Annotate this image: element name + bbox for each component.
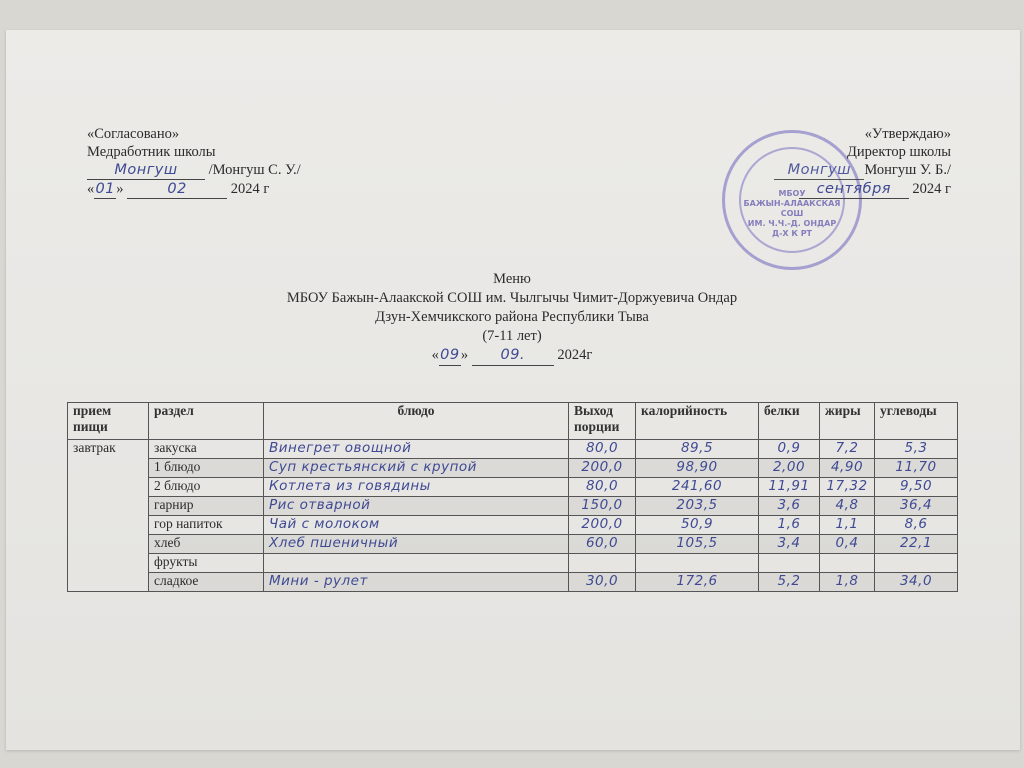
header-fat: жиры (820, 403, 875, 440)
title-year: 2024г (557, 347, 592, 363)
director-name: Монгуш У. Б./ (864, 162, 951, 178)
cell-section: сладкое (149, 573, 264, 592)
approval-left-heading: «Согласовано» (87, 125, 301, 143)
header-meal: прием пищи (68, 403, 149, 440)
cell-calories: 89,5 (636, 440, 759, 459)
header-portion: Выход порции (569, 403, 636, 440)
cell-protein: 11,91 (759, 478, 820, 497)
cell-carbs: 8,6 (875, 516, 958, 535)
cell-dish: Котлета из говядины (264, 478, 569, 497)
medic-name: /Монгуш С. У./ (209, 162, 301, 178)
approval-right: «Утверждаю» Директор школы МонгушМонгуш … (774, 125, 951, 199)
cell-section: фрукты (149, 554, 264, 573)
cell-section: хлеб (149, 535, 264, 554)
table-row: сладкоеМини - рулет30,0172,65,21,834,0 (68, 573, 958, 592)
stamp-line: БАЖЫН-АЛААКСКАЯ (725, 199, 859, 209)
approval-left-month: 02 (127, 180, 227, 199)
cell-portion: 200,0 (569, 459, 636, 478)
header-dish: блюдо (264, 403, 569, 440)
cell-dish: Рис отварной (264, 497, 569, 516)
title-month: 09. (472, 346, 554, 366)
cell-dish: Хлеб пшеничный (264, 535, 569, 554)
medic-signature: Монгуш (87, 161, 205, 180)
cell-dish: Винегрет овощной (264, 440, 569, 459)
cell-calories (636, 554, 759, 573)
approval-right-heading: «Утверждаю» (774, 125, 951, 143)
approval-left-day: 01 (94, 180, 116, 199)
table-row: хлебХлеб пшеничный60,0105,53,40,422,1 (68, 535, 958, 554)
header-protein: белки (759, 403, 820, 440)
cell-carbs: 34,0 (875, 573, 958, 592)
cell-portion: 30,0 (569, 573, 636, 592)
approval-left: «Согласовано» Медработник школы Монгуш /… (87, 125, 301, 199)
title-age: (7-11 лет) (0, 327, 1024, 346)
cell-carbs: 9,50 (875, 478, 958, 497)
cell-fat: 0,4 (820, 535, 875, 554)
table-row: гарнирРис отварной150,0203,53,64,836,4 (68, 497, 958, 516)
cell-fat: 4,90 (820, 459, 875, 478)
cell-protein (759, 554, 820, 573)
header-calories: калорийность (636, 403, 759, 440)
stamp-line: Д-Х К РТ (725, 229, 859, 239)
document-title: Меню МБОУ Бажын-Алаакской СОШ им. Чылгыч… (0, 270, 1024, 366)
approval-right-position: Директор школы (774, 143, 951, 161)
cell-portion: 200,0 (569, 516, 636, 535)
cell-calories: 98,90 (636, 459, 759, 478)
approval-right-month: сентября (799, 180, 909, 199)
cell-portion: 80,0 (569, 478, 636, 497)
cell-fat: 7,2 (820, 440, 875, 459)
cell-carbs: 11,70 (875, 459, 958, 478)
title-district: Дзун-Хемчикского района Республики Тыва (0, 308, 1024, 327)
cell-fat: 1,1 (820, 516, 875, 535)
stamp-line: СОШ (725, 209, 859, 219)
cell-section: 2 блюдо (149, 478, 264, 497)
header-section: раздел (149, 403, 264, 440)
cell-section: гарнир (149, 497, 264, 516)
table-row: фрукты (68, 554, 958, 573)
cell-protein: 3,4 (759, 535, 820, 554)
cell-meal: завтрак (68, 440, 149, 592)
title-date: «09» 09. 2024г (0, 346, 1024, 366)
cell-protein: 1,6 (759, 516, 820, 535)
cell-calories: 203,5 (636, 497, 759, 516)
cell-portion: 60,0 (569, 535, 636, 554)
cell-protein: 0,9 (759, 440, 820, 459)
title-school: МБОУ Бажын-Алаакской СОШ им. Чылгычы Чим… (0, 289, 1024, 308)
cell-dish: Чай с молоком (264, 516, 569, 535)
cell-dish: Суп крестьянский с крупой (264, 459, 569, 478)
cell-fat: 17,32 (820, 478, 875, 497)
cell-portion: 80,0 (569, 440, 636, 459)
header-carbs: углеводы (875, 403, 958, 440)
cell-section: закуска (149, 440, 264, 459)
cell-calories: 50,9 (636, 516, 759, 535)
title-day: 09 (439, 346, 461, 366)
cell-fat: 4,8 (820, 497, 875, 516)
cell-portion: 150,0 (569, 497, 636, 516)
cell-dish (264, 554, 569, 573)
table-row: гор напитокЧай с молоком200,050,91,61,18… (68, 516, 958, 535)
cell-calories: 241,60 (636, 478, 759, 497)
title-menu: Меню (0, 270, 1024, 289)
cell-carbs: 36,4 (875, 497, 958, 516)
approval-left-year: 2024 г (231, 181, 270, 197)
stamp-line: ИМ. Ч.Ч.-Д. ОНДАР (725, 219, 859, 229)
cell-section: 1 блюдо (149, 459, 264, 478)
cell-carbs (875, 554, 958, 573)
cell-section: гор напиток (149, 516, 264, 535)
cell-protein: 3,6 (759, 497, 820, 516)
director-signature: Монгуш (774, 161, 864, 180)
approval-left-position: Медработник школы (87, 143, 301, 161)
approval-right-year: 2024 г (912, 181, 951, 197)
cell-protein: 5,2 (759, 573, 820, 592)
cell-protein: 2,00 (759, 459, 820, 478)
cell-dish: Мини - рулет (264, 573, 569, 592)
table-row: 2 блюдоКотлета из говядины80,0241,6011,9… (68, 478, 958, 497)
table-row: завтракзакускаВинегрет овощной80,089,50,… (68, 440, 958, 459)
cell-portion (569, 554, 636, 573)
table-header-row: прием пищи раздел блюдо Выход порции кал… (68, 403, 958, 440)
cell-carbs: 5,3 (875, 440, 958, 459)
cell-carbs: 22,1 (875, 535, 958, 554)
cell-calories: 105,5 (636, 535, 759, 554)
menu-table: прием пищи раздел блюдо Выход порции кал… (67, 402, 958, 592)
cell-fat (820, 554, 875, 573)
cell-calories: 172,6 (636, 573, 759, 592)
table-row: 1 блюдоСуп крестьянский с крупой200,098,… (68, 459, 958, 478)
cell-fat: 1,8 (820, 573, 875, 592)
